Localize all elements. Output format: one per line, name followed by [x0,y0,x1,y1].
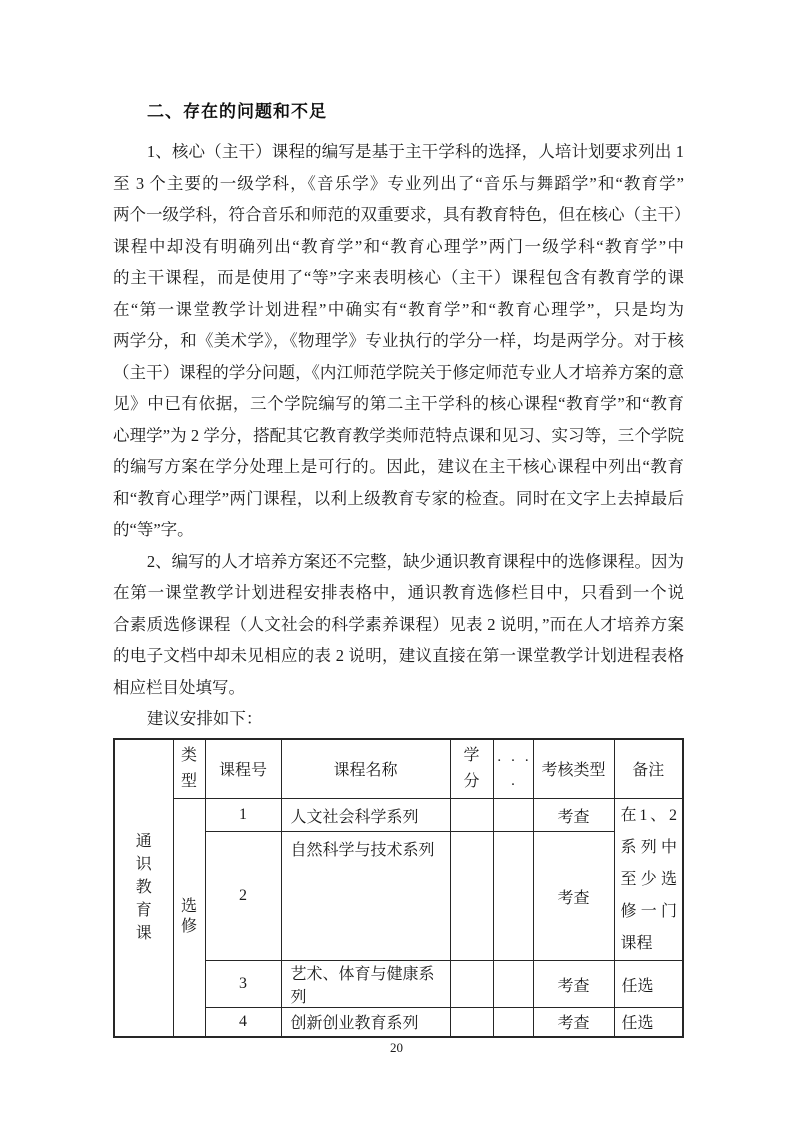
assess-cell: 考查 [533,832,614,961]
credits-cell [450,961,493,1008]
body-line: 1、核心（主干）课程的编写是基于主干学科的选择，人培计划要求列出 1 [113,136,684,168]
course-name-cell: 人文社会科学系列 [281,799,450,832]
body-line: 合素质选修课程（人文社会的科学素养课程）见表 2 说明，”而在人才培养方案 [113,609,684,641]
body-line: 相应栏目处填写。 [113,672,684,704]
body-line: 心理学”为 2 学分，搭配其它教育教学类师范特点课和见习、实习等，三个学院 [113,420,684,452]
category-cell: 通识教育课 [114,739,173,1037]
document-page: 二、存在的问题和不足 1、核心（主干）课程的编写是基于主干学科的选择，人培计划要… [0,0,793,1122]
credits-cell [450,1008,493,1037]
body-line: 两学分，和《美术学》，《物理学》专业执行的学分一样，均是两学分。对于核心 [113,325,684,357]
remark-cell: 任选 [614,961,683,1008]
body-line: 在“第一课堂教学计划进程”中确实有“教育学”和“教育心理学”，只是均为 [113,294,684,326]
body-line: 在第一课堂教学计划进程安排表格中，通识教育选修栏目中，只看到一个说明“综 [113,577,684,609]
ellipsis-dots: ... [494,745,534,770]
body-line: 见》中已有依据，三个学院编写的第二主干学科的核心课程“教育学”和“教育 [113,388,684,420]
body-line: 的电子文档中却未见相应的表 2 说明，建议直接在第一课堂教学计划进程表格的 [113,640,684,672]
table-header-row: 通识教育课 类型 课程号 课程名称 学分 ... . 考核类型 备注 [114,739,683,799]
header-remark: 备注 [614,739,683,799]
body-line: 的“等”字。 [113,514,684,546]
type-cell: 选修 [173,799,205,1037]
header-ellipsis: ... . [493,739,533,799]
header-type: 类型 [173,739,205,799]
assess-cell: 考查 [533,799,614,832]
ellipsis-dot: . [494,770,533,792]
ellipsis-col-cell [493,832,533,961]
ellipsis-col-cell [493,799,533,832]
course-no-cell: 3 [205,961,281,1008]
body-line: 的主干课程，而是使用了“等”字来表明核心（主干）课程包含有教育学的课程。 [113,262,684,294]
course-arrangement-table: 通识教育课 类型 课程号 课程名称 学分 ... . 考核类型 备注 [113,738,684,1038]
body-line: 的编写方案在学分处理上是可行的。因此，建议在主干核心课程中列出“教育学” [113,451,684,483]
header-assess-type: 考核类型 [533,739,614,799]
category-label: 通识教育课 [135,830,152,945]
header-course-name: 课程名称 [281,739,450,799]
page-number: 20 [0,1040,793,1056]
assess-cell: 考查 [533,961,614,1008]
remark-cell: 任选 [614,1008,683,1037]
body-line: 两个一级学科，符合音乐和师范的双重要求，具有教育特色，但在核心（主干） [113,199,684,231]
assess-cell: 考查 [533,1008,614,1037]
course-name-cell: 创新创业教育系列 [281,1008,450,1037]
course-no-cell: 1 [205,799,281,832]
ellipsis-col-cell [493,1008,533,1037]
body-line: 2、编写的人才培养方案还不完整，缺少通识教育课程中的选修课程。因为 [113,546,684,578]
table-row: 选修 1 人文社会科学系列 考查 在1、2系列中至少选修一门课程 [114,799,683,832]
type-value-label: 选修 [181,897,198,937]
body-line: 和“教育心理学”两门课程，以利上级教育专家的检查。同时在文字上去掉最后 [113,483,684,515]
course-no-cell: 4 [205,1008,281,1037]
course-name-cell: 艺术、体育与健康系列 [281,961,450,1008]
body-line: 课程中却没有明确列出“教育学”和“教育心理学”两门一级学科“教育学”中 [113,231,684,263]
body-line: （主干）课程的学分问题，《内江师范学院关于修定师范专业人才培养方案的意 [113,357,684,389]
course-name-cell: 自然科学与技术系列 [281,832,450,961]
header-course-no: 课程号 [205,739,281,799]
body-line: 至 3 个主要的一级学科，《音乐学》专业列出了“音乐与舞蹈学”和“教育学” [113,168,684,200]
header-credits: 学分 [450,739,493,799]
course-no-cell: 2 [205,832,281,961]
credits-cell [450,832,493,961]
ellipsis-col-cell [493,961,533,1008]
remark-merged-cell: 在1、2系列中至少选修一门课程 [614,799,683,961]
suggestion-line: 建议安排如下： [113,703,684,735]
section-heading: 二、存在的问题和不足 [113,102,684,122]
credits-cell [450,799,493,832]
document-body: 二、存在的问题和不足 1、核心（主干）课程的编写是基于主干学科的选择，人培计划要… [113,102,684,1038]
